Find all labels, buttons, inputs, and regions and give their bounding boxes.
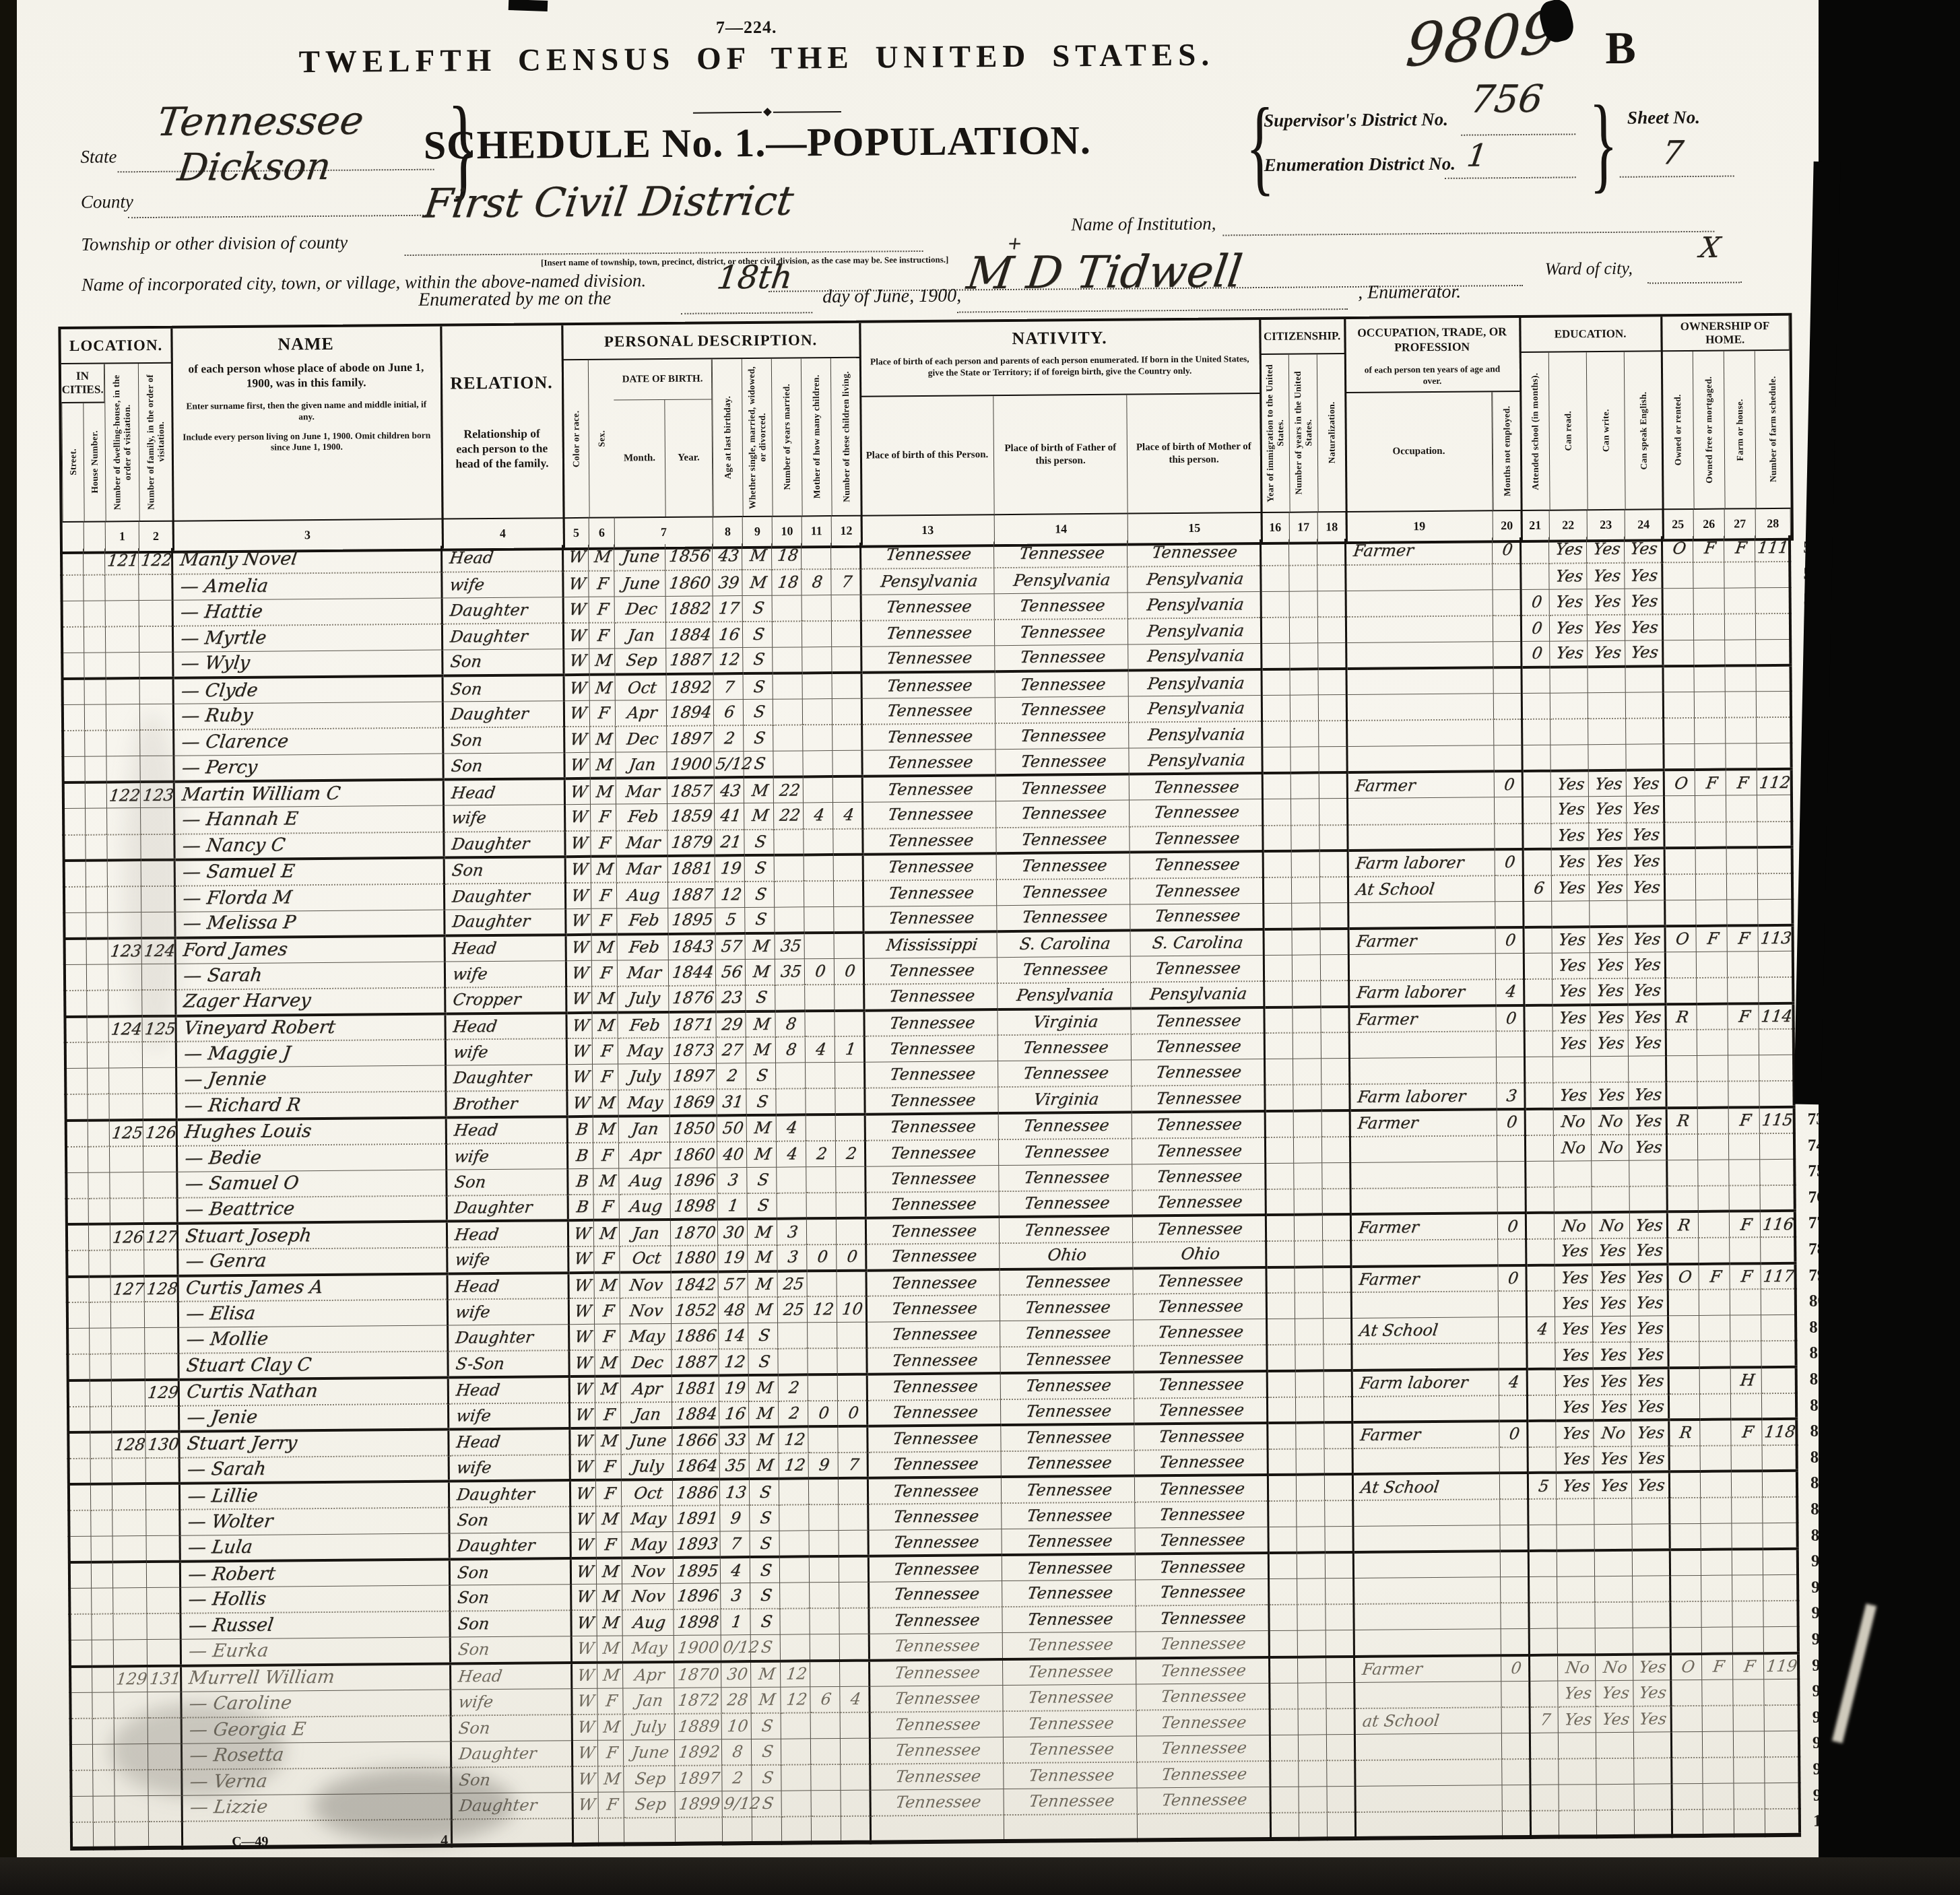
cell-street bbox=[67, 1199, 88, 1225]
cell-living bbox=[835, 1166, 865, 1193]
cell-owned bbox=[1672, 1809, 1703, 1836]
cell-mne bbox=[1493, 616, 1521, 642]
handwritten-entry: Head bbox=[453, 1275, 500, 1298]
cell-speak: Yes bbox=[1627, 874, 1664, 900]
handwritten-entry: — Lillie bbox=[186, 1484, 259, 1508]
cell-age: 30 bbox=[717, 1219, 747, 1245]
handwritten-entry: — Nancy C bbox=[181, 834, 286, 857]
handwritten-entry: 1852 bbox=[674, 1299, 719, 1323]
cell-natur bbox=[1320, 980, 1348, 1007]
handwritten-entry: Oct bbox=[630, 1246, 662, 1269]
cell-pob2: Tennessee bbox=[999, 1190, 1132, 1217]
handwritten-entry: S bbox=[761, 1792, 775, 1815]
cell-mother bbox=[811, 1816, 841, 1842]
handwritten-entry: 5 bbox=[1537, 1474, 1550, 1497]
handwritten-entry: Yes bbox=[1598, 1370, 1629, 1393]
supervisor-line bbox=[1461, 133, 1575, 135]
cell-house bbox=[91, 1562, 112, 1589]
handwritten-entry: 6 bbox=[820, 1688, 833, 1710]
cell-mort bbox=[1697, 1108, 1728, 1134]
cell-mort bbox=[1696, 1003, 1727, 1030]
cell-pob1: Tennessee bbox=[870, 1763, 1003, 1790]
handwritten-entry: Daughter bbox=[450, 832, 531, 855]
handwritten-entry: 1866 bbox=[675, 1429, 719, 1453]
handwritten-entry: Tennessee bbox=[1154, 904, 1242, 928]
cell-pob1: Tennessee bbox=[864, 1035, 998, 1062]
cell-relation: wife bbox=[446, 1143, 567, 1170]
cell-sched bbox=[1759, 1159, 1794, 1185]
handwritten-entry: No bbox=[1602, 1656, 1629, 1679]
cell-immig bbox=[1269, 1631, 1297, 1657]
cell-house bbox=[89, 1354, 110, 1381]
cell-yrsmar: 4 bbox=[776, 1115, 806, 1141]
cell-sex: F bbox=[591, 960, 617, 987]
cell-school bbox=[1530, 1733, 1558, 1759]
cell-color: W bbox=[566, 1013, 591, 1039]
cell-mort bbox=[1694, 718, 1725, 744]
cell-yrsmar: 35 bbox=[775, 933, 804, 959]
cell-mne bbox=[1502, 1811, 1530, 1837]
cell-pob2: Tennessee bbox=[998, 1164, 1132, 1191]
cell-mort bbox=[1694, 743, 1725, 770]
cell-sex: F bbox=[589, 597, 614, 623]
cell-marital: S bbox=[750, 1609, 779, 1635]
cell-month: Apr bbox=[622, 1661, 674, 1688]
cell-farmhouse bbox=[1727, 977, 1758, 1003]
cell-pob2: Tennessee bbox=[1003, 1736, 1136, 1763]
cell-speak bbox=[1632, 1602, 1670, 1628]
cell-age: 28 bbox=[721, 1687, 750, 1713]
cell-school bbox=[1522, 745, 1550, 771]
handwritten-entry: Tennessee bbox=[1153, 879, 1241, 902]
handwritten-entry: Farm laborer bbox=[1356, 1084, 1467, 1108]
cell-house bbox=[87, 1094, 108, 1121]
handwritten-entry: 23 bbox=[720, 986, 744, 1009]
cell-mort bbox=[1699, 1420, 1730, 1446]
cell-street bbox=[67, 1302, 89, 1329]
handwritten-entry: 41 bbox=[719, 805, 742, 828]
cell-marital: M bbox=[747, 1245, 777, 1271]
handwritten-entry: S bbox=[754, 986, 769, 1009]
handwritten-entry: M bbox=[754, 1298, 774, 1321]
col-header-can-speak-english: Can speak English. bbox=[1624, 352, 1663, 508]
cell-family bbox=[143, 1145, 176, 1172]
handwritten-entry: W bbox=[576, 1585, 595, 1608]
cell-street bbox=[66, 1121, 88, 1147]
handwritten-entry: 130 bbox=[146, 1433, 180, 1456]
cell-read bbox=[1550, 693, 1588, 719]
col-number-yrsmar: 10 bbox=[773, 515, 802, 545]
handwritten-entry: 27 bbox=[721, 1038, 744, 1061]
handwritten-entry: 35 bbox=[779, 935, 803, 958]
cell-relation: Son bbox=[443, 727, 564, 754]
cell-owned: R bbox=[1665, 1004, 1696, 1030]
cell-write bbox=[1596, 1784, 1633, 1810]
cell-read: Yes bbox=[1555, 1290, 1592, 1317]
cell-write: Yes bbox=[1590, 952, 1627, 978]
cell-dwell bbox=[109, 1172, 143, 1198]
cell-sched bbox=[1759, 1081, 1794, 1107]
col-header-years-married: Number of years married. bbox=[771, 358, 802, 515]
cell-pob2: Tennessee bbox=[996, 853, 1130, 879]
handwritten-entry: S bbox=[758, 1480, 773, 1503]
handwritten-entry: S bbox=[757, 1350, 771, 1372]
handwritten-entry: F bbox=[1739, 1265, 1753, 1288]
cell-pob2: Tennessee bbox=[995, 774, 1129, 801]
cell-farmhouse bbox=[1732, 1549, 1763, 1575]
handwritten-entry: Aug bbox=[626, 884, 661, 906]
cell-year: 1895 bbox=[667, 908, 715, 934]
sheet-no-line bbox=[1620, 175, 1734, 177]
cell-pob3: Tennessee bbox=[1137, 1787, 1270, 1814]
cell-color: W bbox=[568, 1220, 593, 1246]
cell-pob3: Tennessee bbox=[1136, 1631, 1269, 1658]
cell-house bbox=[83, 549, 104, 575]
cell-owned: O bbox=[1670, 1653, 1701, 1680]
handwritten-entry: Yes bbox=[1560, 1343, 1590, 1366]
cell-family: 129 bbox=[145, 1380, 178, 1406]
cell-occ bbox=[1345, 564, 1492, 591]
handwritten-entry: Tennessee bbox=[1020, 828, 1108, 851]
col-header-owned-rented: Owned or rented. bbox=[1662, 352, 1694, 508]
handwritten-entry: 0 bbox=[1509, 1657, 1523, 1680]
cell-house bbox=[85, 783, 106, 809]
handwritten-entry: M bbox=[597, 1091, 616, 1114]
cell-color: W bbox=[569, 1402, 595, 1428]
cell-speak bbox=[1625, 692, 1663, 719]
handwritten-entry: Yes bbox=[1632, 875, 1662, 898]
supervisor-label: Supervisor's District No. bbox=[1264, 109, 1448, 131]
cell-yrsus bbox=[1295, 1423, 1324, 1449]
cell-name: Ford James bbox=[175, 935, 445, 964]
cell-year: 1896 bbox=[669, 1168, 717, 1194]
cell-house bbox=[86, 1016, 108, 1042]
cell-mort bbox=[1693, 613, 1724, 640]
handwritten-entry: Yes bbox=[1638, 1681, 1668, 1704]
cell-natur bbox=[1326, 1630, 1354, 1657]
cell-pob1: Tennessee bbox=[862, 775, 995, 802]
cell-mort bbox=[1695, 900, 1726, 926]
cell-mne bbox=[1501, 1733, 1530, 1759]
handwritten-entry: Tennessee bbox=[1018, 620, 1107, 644]
cell-street bbox=[68, 1406, 90, 1432]
cell-pob1: Tennessee bbox=[868, 1555, 1002, 1582]
handwritten-entry: 128 bbox=[145, 1277, 178, 1300]
cell-mne bbox=[1501, 1629, 1529, 1655]
cell-mort bbox=[1701, 1601, 1732, 1628]
handwritten-entry: Yes bbox=[1631, 772, 1661, 795]
cell-natur bbox=[1317, 565, 1345, 591]
handwritten-entry: F bbox=[601, 1300, 616, 1323]
handwritten-entry: Tennessee bbox=[1154, 956, 1242, 980]
cell-marital: S bbox=[748, 1323, 777, 1350]
handwritten-entry: Dec bbox=[630, 1351, 664, 1374]
cell-farmhouse bbox=[1731, 1471, 1762, 1498]
handwritten-entry: 19 bbox=[722, 1246, 746, 1269]
cell-mother bbox=[808, 1374, 837, 1401]
handwritten-entry: 2 bbox=[731, 1766, 745, 1789]
handwritten-entry: Tennessee bbox=[1019, 724, 1107, 747]
handwritten-entry: Yes bbox=[1596, 1084, 1626, 1106]
handwritten-entry: 6 bbox=[1532, 876, 1546, 899]
cell-owned bbox=[1669, 1471, 1700, 1498]
cell-pob2: Tennessee bbox=[995, 723, 1128, 750]
cell-school: 4 bbox=[1526, 1317, 1555, 1343]
cell-house bbox=[84, 704, 106, 731]
handwritten-entry: 4 bbox=[786, 1142, 799, 1165]
handwritten-entry: Tennessee bbox=[886, 673, 974, 697]
cell-occ bbox=[1354, 1785, 1501, 1812]
cell-occ bbox=[1346, 667, 1493, 694]
cell-name: — Eurka bbox=[181, 1637, 450, 1665]
handwritten-entry: Tennessee bbox=[888, 985, 977, 1008]
cell-mne bbox=[1493, 589, 1521, 616]
handwritten-entry: 129 bbox=[146, 1381, 180, 1404]
handwritten-entry: W bbox=[568, 649, 588, 672]
handwritten-entry: 1896 bbox=[676, 1585, 721, 1608]
cell-yrsmar bbox=[775, 1063, 805, 1089]
cell-owned bbox=[1671, 1731, 1702, 1758]
cell-sex: F bbox=[597, 1740, 623, 1766]
cell-living bbox=[840, 1712, 870, 1738]
cell-natur bbox=[1325, 1578, 1353, 1605]
cell-color: W bbox=[562, 570, 588, 597]
cell-occ: At School bbox=[1348, 875, 1495, 902]
cell-mort bbox=[1695, 873, 1726, 900]
col-header-sex: Sex. bbox=[588, 360, 615, 517]
handwritten-entry: M bbox=[752, 1013, 771, 1036]
cell-mne: 0 bbox=[1494, 771, 1522, 797]
cell-dwell bbox=[112, 1484, 145, 1510]
cell-pob3: Pensylvania bbox=[1128, 618, 1261, 644]
cell-color: W bbox=[569, 1428, 595, 1455]
cell-speak bbox=[1632, 1550, 1670, 1576]
cell-name: — Ruby bbox=[173, 702, 443, 730]
handwritten-entry: W bbox=[573, 1222, 592, 1245]
cell-farmhouse bbox=[1724, 587, 1755, 613]
cell-pob2: Virginia bbox=[997, 1008, 1130, 1035]
cell-marital: S bbox=[751, 1739, 781, 1765]
handwritten-entry: M bbox=[601, 1585, 620, 1608]
cell-school bbox=[1526, 1343, 1555, 1369]
handwritten-entry: wife bbox=[457, 1690, 494, 1713]
cell-pob1: Tennessee bbox=[868, 1503, 1001, 1530]
handwritten-entry: — Beattrice bbox=[183, 1197, 295, 1221]
cell-farmhouse: F bbox=[1728, 1107, 1759, 1133]
cell-marital: M bbox=[745, 959, 775, 985]
handwritten-entry: Tennessee bbox=[1019, 698, 1107, 721]
handwritten-entry: Pensylvania bbox=[1145, 567, 1245, 591]
handwritten-entry: S bbox=[754, 857, 768, 879]
cell-mne bbox=[1501, 1759, 1530, 1785]
cell-house bbox=[83, 574, 104, 601]
cell-pob3: Pensylvania bbox=[1128, 669, 1261, 696]
handwritten-entry: No bbox=[1560, 1110, 1587, 1133]
handwritten-entry: Nov bbox=[631, 1585, 667, 1607]
cell-family bbox=[148, 1795, 182, 1822]
cell-mne: 0 bbox=[1495, 1005, 1524, 1032]
cell-mother: 6 bbox=[810, 1686, 839, 1713]
handwritten-entry: May bbox=[630, 1636, 669, 1659]
handwritten-entry: Head bbox=[451, 937, 497, 960]
ward-value: X bbox=[1698, 231, 1722, 264]
cell-pob1: Tennessee bbox=[862, 801, 995, 828]
cell-house bbox=[92, 1718, 114, 1744]
cell-sched bbox=[1764, 1731, 1799, 1757]
col-number-mort: 26 bbox=[1694, 508, 1725, 539]
cell-speak: Yes bbox=[1629, 1108, 1666, 1134]
cell-name: — Jenie bbox=[178, 1403, 448, 1432]
handwritten-entry: — Hannah E bbox=[181, 808, 299, 832]
cell-year: 1879 bbox=[667, 830, 714, 856]
handwritten-entry: Tennessee bbox=[1158, 1425, 1246, 1449]
cell-color: W bbox=[564, 778, 590, 805]
cell-farmhouse bbox=[1724, 640, 1755, 666]
handwritten-entry: Son bbox=[456, 1586, 490, 1609]
handwritten-entry: Stuart Clay C bbox=[185, 1354, 313, 1377]
cell-read bbox=[1557, 1576, 1594, 1603]
cell-speak: Yes bbox=[1625, 640, 1662, 667]
cell-mne bbox=[1497, 1187, 1526, 1214]
cell-natur bbox=[1322, 1189, 1350, 1215]
col-header-months-not-employed: Months not employed. bbox=[1492, 392, 1521, 510]
handwritten-entry: At School bbox=[1354, 877, 1436, 901]
handwritten-entry: Head bbox=[453, 1223, 500, 1246]
cell-occ: Farm laborer bbox=[1349, 1084, 1496, 1110]
col-header-family-number: Number of family, in the order of visita… bbox=[138, 364, 173, 521]
cell-living bbox=[841, 1816, 870, 1842]
cell-sex: M bbox=[592, 1090, 618, 1117]
cell-mort bbox=[1699, 1368, 1730, 1394]
cell-sex: F bbox=[592, 1064, 618, 1090]
cell-year: 1887 bbox=[667, 882, 715, 908]
top-scan-mark bbox=[509, 0, 548, 11]
cell-read: Yes bbox=[1554, 1238, 1592, 1265]
handwritten-entry: S bbox=[752, 623, 766, 646]
cell-owned bbox=[1669, 1524, 1700, 1550]
cell-year: 1870 bbox=[670, 1220, 717, 1246]
cell-relation: Head bbox=[445, 935, 566, 962]
cell-owned: O bbox=[1664, 926, 1695, 952]
handwritten-entry: Yes bbox=[1592, 616, 1623, 639]
cell-sex: M bbox=[595, 1506, 621, 1533]
cell-dwell: 129 bbox=[113, 1666, 147, 1692]
cell-pob3: Tennessee bbox=[1132, 1137, 1265, 1164]
handwritten-entry: No bbox=[1598, 1214, 1625, 1237]
cell-pob1: Tennessee bbox=[867, 1425, 1000, 1452]
cell-age: 9/12 bbox=[722, 1791, 752, 1818]
cell-living: 7 bbox=[830, 568, 860, 595]
cell-pob3: Tennessee bbox=[1134, 1371, 1267, 1398]
cell-mort bbox=[1695, 822, 1726, 848]
col-number-sched: 28 bbox=[1756, 508, 1791, 538]
cell-age: 6 bbox=[713, 700, 743, 726]
cell-farmhouse: F bbox=[1729, 1263, 1760, 1290]
handwritten-entry: wife bbox=[448, 573, 486, 596]
handwritten-entry: Pensylvania bbox=[1016, 983, 1115, 1007]
handwritten-entry: 0 bbox=[1530, 642, 1544, 665]
cell-mort bbox=[1693, 562, 1724, 588]
cell-occ bbox=[1355, 1811, 1502, 1838]
handwritten-entry: M bbox=[596, 936, 616, 959]
cell-natur bbox=[1326, 1786, 1354, 1812]
cell-school: 5 bbox=[1528, 1473, 1556, 1499]
cell-write bbox=[1591, 1160, 1629, 1187]
handwritten-entry: Mar bbox=[625, 857, 662, 880]
handwritten-entry: F bbox=[595, 572, 610, 595]
cell-pob3: Tennessee bbox=[1130, 903, 1263, 930]
relation-desc: Relationship of each person to the head … bbox=[451, 426, 554, 471]
cell-yrsus bbox=[1291, 773, 1319, 799]
handwritten-entry: S bbox=[760, 1740, 775, 1763]
cell-relation: Head bbox=[441, 545, 562, 572]
cell-immig bbox=[1261, 591, 1289, 618]
handwritten-entry: M bbox=[748, 570, 768, 593]
cell-farmhouse: F bbox=[1729, 1211, 1760, 1238]
cell-month: Apr bbox=[618, 1142, 669, 1168]
cell-immig bbox=[1262, 721, 1290, 747]
handwritten-entry: 50 bbox=[721, 1117, 745, 1139]
cell-write: Yes bbox=[1590, 1082, 1628, 1108]
cell-speak: Yes bbox=[1629, 1264, 1667, 1290]
cell-living bbox=[839, 1634, 869, 1661]
cell-pob1: Tennessee bbox=[869, 1633, 1002, 1660]
handwritten-entry: F bbox=[1705, 772, 1719, 795]
handwritten-entry: Tennessee bbox=[1155, 1139, 1243, 1162]
cell-year: 1893 bbox=[672, 1531, 719, 1558]
cell-marital: M bbox=[750, 1661, 780, 1687]
cell-owned bbox=[1664, 900, 1695, 926]
cell-year: 1898 bbox=[670, 1193, 717, 1220]
handwritten-entry: Head bbox=[450, 781, 496, 805]
handwritten-entry: 1842 bbox=[674, 1273, 718, 1296]
cell-immig bbox=[1263, 929, 1291, 956]
cell-year: 1842 bbox=[670, 1271, 717, 1298]
cell-mort bbox=[1697, 1160, 1728, 1186]
cell-yrsmar: 25 bbox=[777, 1271, 806, 1297]
cell-pob3: Tennessee bbox=[1132, 1111, 1265, 1138]
cell-house bbox=[93, 1822, 115, 1849]
cell-immig bbox=[1267, 1371, 1295, 1397]
name-desc: of each person whose place of abode on J… bbox=[181, 360, 431, 392]
cell-street bbox=[71, 1770, 92, 1797]
handwritten-entry: 118 bbox=[1763, 1420, 1797, 1443]
cell-school bbox=[1525, 1109, 1553, 1135]
handwritten-entry: 7 bbox=[723, 675, 736, 698]
cell-occ: Farmer bbox=[1352, 1421, 1499, 1448]
cell-mne bbox=[1498, 1291, 1526, 1317]
cell-sched bbox=[1761, 1315, 1796, 1341]
handwritten-entry: H bbox=[1738, 1369, 1755, 1392]
cell-month: Jan bbox=[618, 1116, 669, 1142]
cell-family bbox=[144, 1302, 178, 1328]
cell-marital: S bbox=[746, 1167, 776, 1193]
cell-natur bbox=[1319, 799, 1347, 825]
handwritten-entry: W bbox=[569, 805, 589, 828]
cell-year: 1866 bbox=[672, 1428, 719, 1454]
handwritten-entry: S bbox=[752, 727, 766, 750]
cell-immig bbox=[1266, 1189, 1294, 1216]
cell-natur bbox=[1326, 1708, 1354, 1735]
handwritten-entry: Tennessee bbox=[886, 725, 975, 749]
cell-living bbox=[838, 1504, 868, 1531]
handwritten-entry: 19 bbox=[719, 857, 743, 880]
sheet-no-label: Sheet No. bbox=[1627, 107, 1700, 129]
cell-name: Vineyard Robert bbox=[175, 1013, 445, 1042]
page-title: TWELFTH CENSUS OF THE UNITED STATES. bbox=[211, 36, 1302, 81]
handwritten-entry: 1873 bbox=[672, 1039, 716, 1063]
handwritten-entry: 1872 bbox=[677, 1688, 721, 1712]
